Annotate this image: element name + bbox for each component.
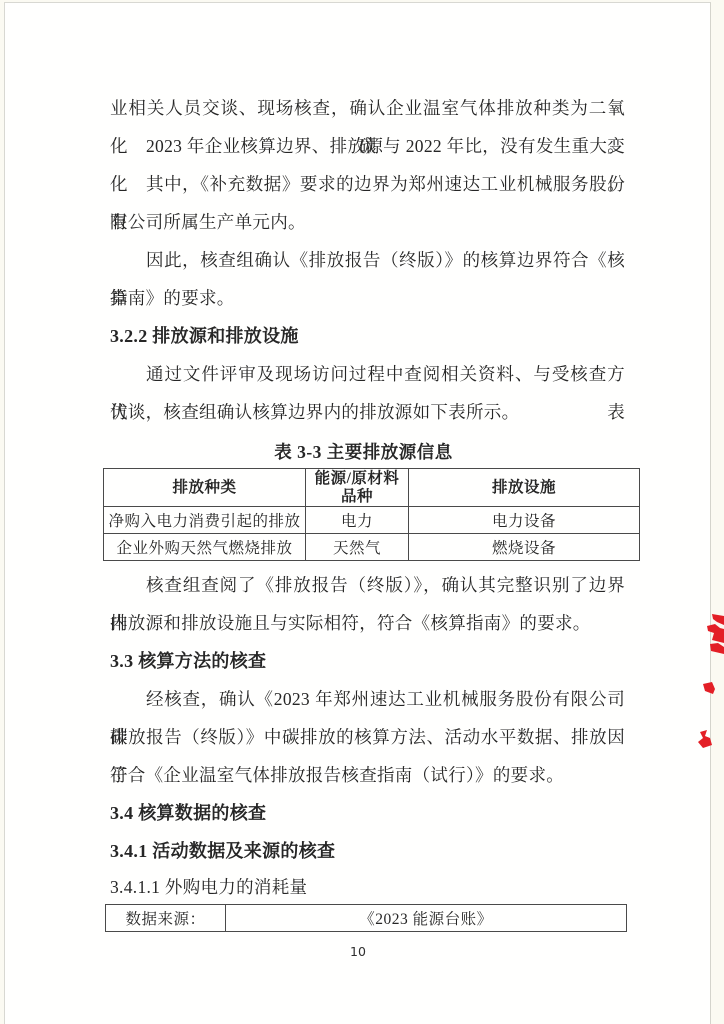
table-row: 数据来源： 《2023 能源台账》	[106, 905, 627, 932]
table-cell: 电力	[306, 507, 409, 534]
table-cell: 天然气	[306, 534, 409, 561]
document-body: 业相关人员交谈、现场核查，确认企业温室气体排放种类为二氧化碳。 2023 年企业…	[110, 89, 625, 932]
red-seal-fragment-icon	[697, 730, 712, 749]
paragraph-line: 经核查，确认《2023 年郑州速达工业机械服务股份有限公司碳	[110, 680, 625, 718]
red-seal-fragment-icon	[698, 613, 724, 655]
heading-3-3: 3.3 核算方法的核查	[110, 642, 625, 680]
table-cell: 电力设备	[409, 507, 640, 534]
table-3-3-caption: 表 3-3 主要排放源信息	[103, 437, 624, 468]
paragraph-line: 排放报告（终版）》中碳排放的核算方法、活动水平数据、排放因子	[110, 718, 625, 756]
paragraph-line: 2023 年企业核算边界、排放源与 2022 年比，没有发生重大变化。	[110, 127, 625, 165]
heading-3-2-2: 3.2.2 排放源和排放设施	[110, 317, 625, 355]
paragraph-line: 排放源和排放设施且与实际相符，符合《核算指南》的要求。	[110, 604, 625, 642]
table-cell: 企业外购天然气燃烧排放	[104, 534, 306, 561]
paragraph-line: 因此，核查组确认《排放报告（终版）》的核算边界符合《核算	[110, 241, 625, 279]
column-header: 排放设施	[409, 469, 640, 507]
column-header: 能源/原材料品种	[306, 469, 409, 507]
paragraph-line: 符合《企业温室气体排放报告核查指南（试行）》的要求。	[110, 756, 625, 794]
heading-3-4-1-1: 3.4.1.1 外购电力的消耗量	[110, 870, 625, 904]
table-row: 净购入电力消费引起的排放 电力 电力设备	[104, 507, 640, 534]
paragraph-line: 指南》的要求。	[110, 279, 625, 317]
paragraph-line: 通过文件评审及现场访问过程中查阅相关资料、与受核查方代表	[110, 355, 625, 393]
paragraph-line: 其中，《补充数据》要求的边界为郑州速达工业机械服务股份有	[110, 165, 625, 203]
heading-3-4-1: 3.4.1 活动数据及来源的核查	[110, 832, 625, 870]
paragraph-line: 核查组查阅了《排放报告（终版）》，确认其完整识别了边界内	[110, 566, 625, 604]
table-row: 企业外购天然气燃烧排放 天然气 燃烧设备	[104, 534, 640, 561]
document-page: 业相关人员交谈、现场核查，确认企业温室气体排放种类为二氧化碳。 2023 年企业…	[4, 2, 711, 1024]
data-source-label-cell: 数据来源：	[106, 905, 226, 932]
table-cell: 净购入电力消费引起的排放	[104, 507, 306, 534]
red-seal-fragment-icon	[701, 681, 715, 695]
data-source-value-cell: 《2023 能源台账》	[226, 905, 627, 932]
table-header-row: 排放种类 能源/原材料品种 排放设施	[104, 469, 640, 507]
table-3-3-emission-sources: 排放种类 能源/原材料品种 排放设施 净购入电力消费引起的排放 电力 电力设备 …	[103, 468, 640, 561]
data-source-table: 数据来源： 《2023 能源台账》	[105, 904, 627, 932]
paragraph-line: 限公司所属生产单元内。	[110, 203, 625, 241]
heading-3-4: 3.4 核算数据的核查	[110, 794, 625, 832]
column-header: 排放种类	[104, 469, 306, 507]
table-cell: 燃烧设备	[409, 534, 640, 561]
page-number: 10	[0, 944, 716, 959]
paragraph-line: 业相关人员交谈、现场核查，确认企业温室气体排放种类为二氧化碳。	[110, 89, 625, 127]
